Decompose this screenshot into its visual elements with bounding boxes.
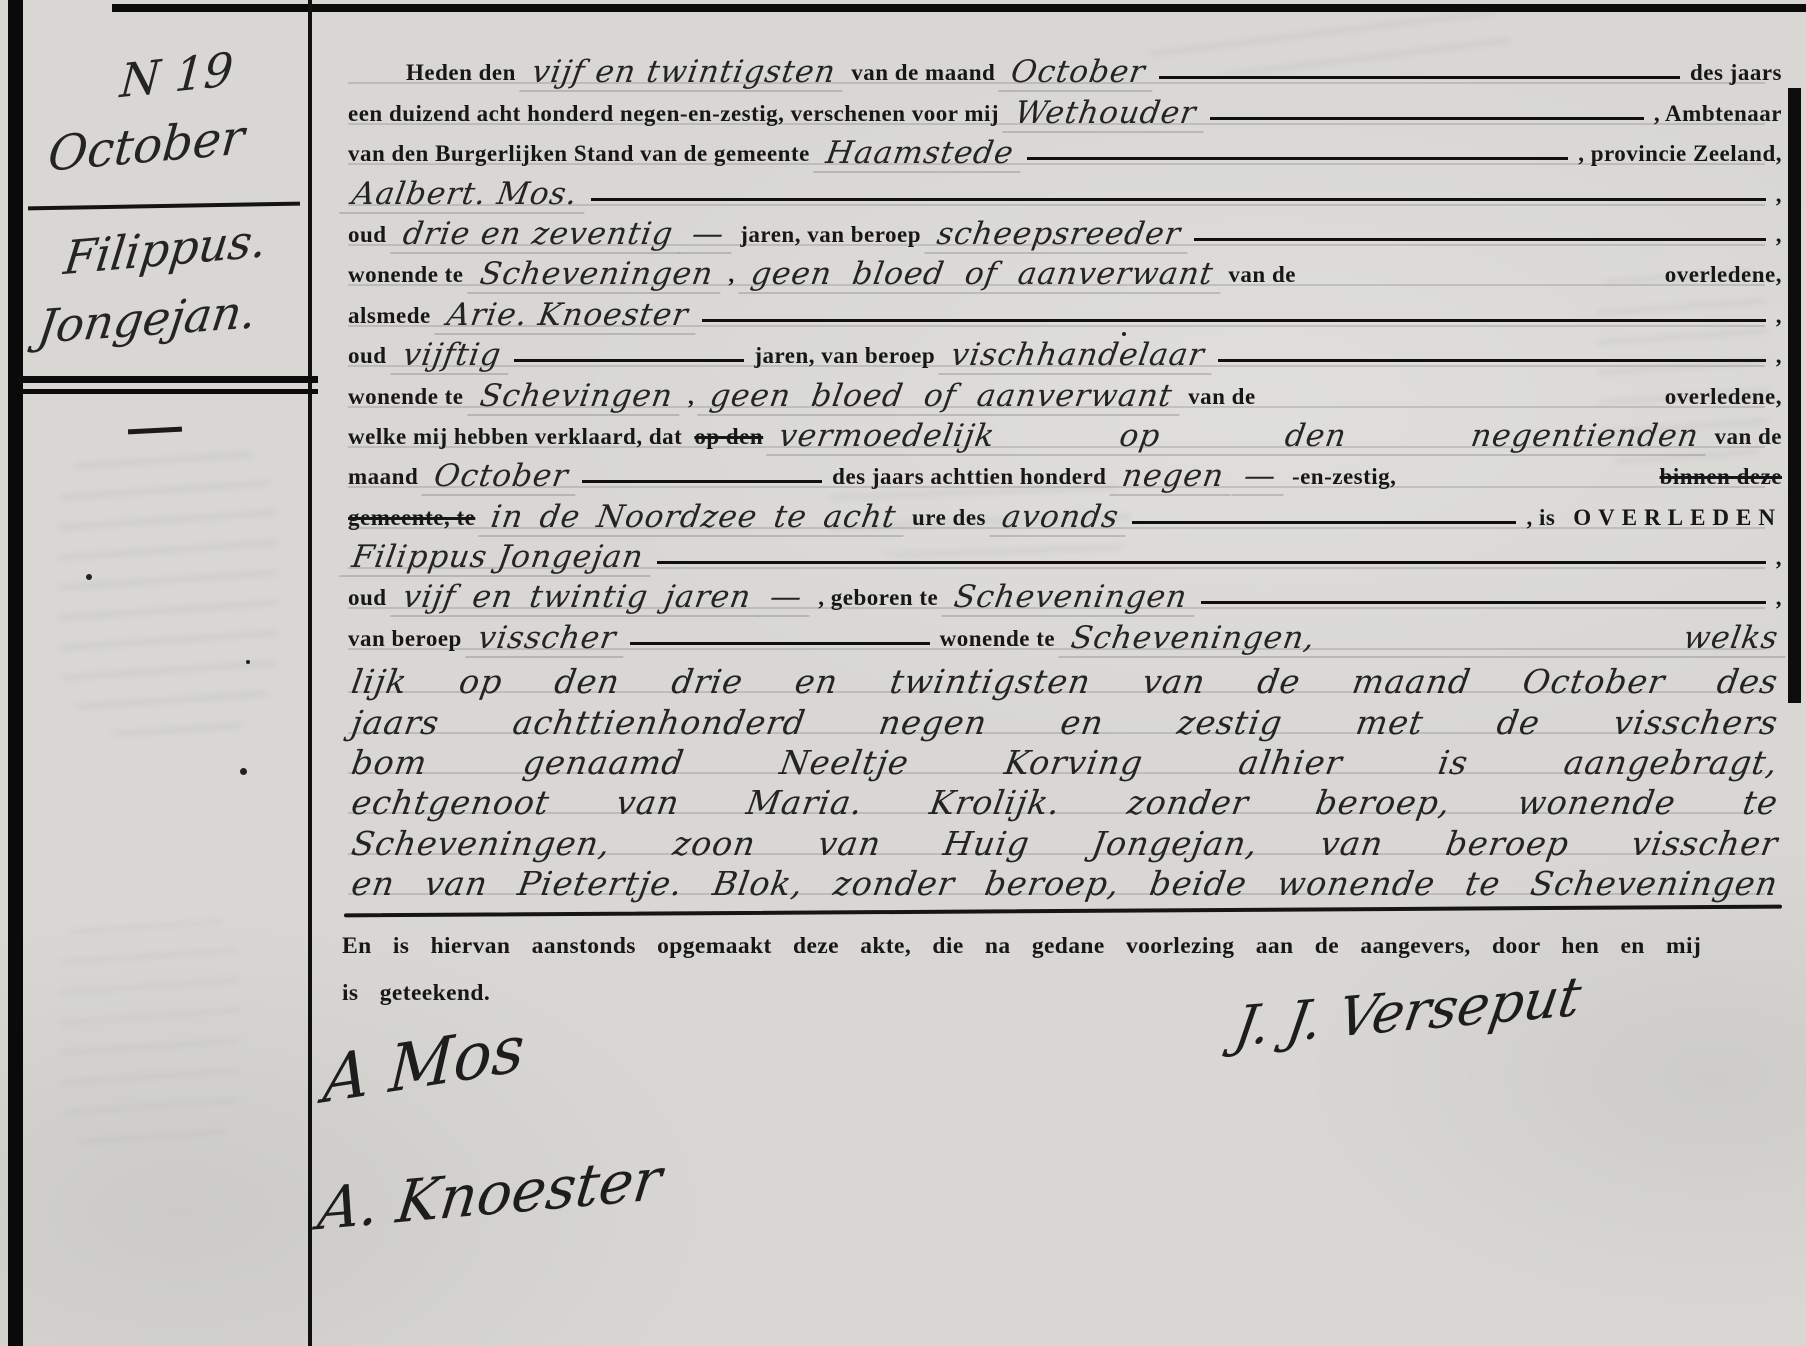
printed-text: , <box>1770 223 1788 254</box>
handwritten-entry: en van Pietertje. Blok, zonder beroep, b… <box>339 867 1790 900</box>
act-number: N 19 <box>118 42 235 109</box>
act-line-3: van den Burgerlijken Stand van de gemeen… <box>342 133 1788 173</box>
act-line-21: en van Pietertje. Blok, zonder beroep, b… <box>342 860 1788 900</box>
handwritten-entry: October <box>999 57 1158 92</box>
deceased-first-name: Filippus. <box>61 213 270 285</box>
printed-text: oud <box>342 344 393 375</box>
rule-line <box>591 198 1766 201</box>
printed-text: alsmede <box>342 304 437 335</box>
printed-text: des jaars achttien honderd <box>826 465 1112 496</box>
printed-text: van de <box>1222 263 1302 294</box>
margin-month: October <box>46 109 247 183</box>
handwritten-entry: Arie. Knoester <box>434 300 700 335</box>
act-line-18: bom genaamd Neeltje Korving alhier is aa… <box>342 739 1788 779</box>
handwritten-entry: bom genaamd Neeltje Korving alhier is aa… <box>339 746 1790 779</box>
act-line-20: Scheveningen, zoon van Huig Jongejan, va… <box>342 819 1788 859</box>
handwritten-entry: vijf en twintigsten <box>519 57 848 92</box>
handwritten-entry: jaars achttienhonderd negen en zestig me… <box>339 706 1790 739</box>
act-line-2: een duizend acht honderd negen-en-zestig… <box>342 92 1788 132</box>
handwritten-entry: vischhandelaar <box>938 340 1217 375</box>
printed-text: van de <box>1182 385 1262 416</box>
rule-line <box>1159 76 1680 79</box>
act-line-15: van beroepvisscherwonende teScheveningen… <box>342 617 1788 657</box>
act-text: Heden denvijf en twintigstenvan de maand… <box>342 52 1788 900</box>
act-line-13: Filippus Jongejan, <box>342 537 1788 577</box>
printed-text: OVERLEDEN <box>1567 506 1788 537</box>
printed-text: van den Burgerlijken Stand van de gemeen… <box>342 142 816 173</box>
printed-text: wonende te <box>342 263 470 294</box>
printed-text: -en-zestig, <box>1286 465 1403 496</box>
rule-line <box>657 561 1766 564</box>
handwritten-entry: vijf en twintig jaren <box>390 582 763 617</box>
act-line-12: gemeente, tein de Noordzee te achture de… <box>342 496 1788 536</box>
printed-text: van de maand <box>845 61 1001 92</box>
handwritten-entry: Scheveningen, welks <box>1058 623 1790 658</box>
rule-line <box>1132 521 1516 524</box>
act-line-4: Aalbert. Mos., <box>342 173 1788 213</box>
handwritten-entry: geen bloed of aanverwant <box>697 381 1184 416</box>
handwritten-entry: lijk op den drie en twintigsten van de m… <box>339 665 1790 698</box>
handdrawn-rule <box>344 905 1782 918</box>
act-line-1: Heden denvijf en twintigstenvan de maand… <box>342 52 1788 92</box>
printed-text: , <box>1770 586 1788 617</box>
handwritten-entry: avonds <box>989 502 1131 537</box>
printed-text: oud <box>342 586 393 617</box>
printed-text: jaren, van beroep <box>734 223 927 254</box>
handwritten-entry: — <box>1231 461 1289 496</box>
handwritten-entry: visscher <box>465 623 628 658</box>
printed-text: jaren, van beroep <box>748 344 941 375</box>
rule-line <box>582 480 822 483</box>
death-certificate-scan: N 19 October Filippus. Jongejan. Heden d… <box>0 0 1806 1346</box>
handwritten-entry: geen bloed of aanverwant <box>738 259 1225 294</box>
printed-text: overledene, <box>1659 385 1788 416</box>
handwritten-entry: Scheveningen <box>941 582 1199 617</box>
handwritten-entry: Haamstede <box>813 138 1026 173</box>
act-line-6: wonende teScheveningen,geen bloed of aan… <box>342 254 1788 294</box>
rule-line <box>1194 238 1765 241</box>
rule-line <box>702 319 1766 322</box>
margin-dash <box>128 427 182 435</box>
act-line-8: oudvijftigjaren, van beroepvischhandelaa… <box>342 335 1788 375</box>
printed-text: welke mij hebben verklaard, dat <box>342 425 688 456</box>
printed-text: wonende te <box>934 627 1062 658</box>
act-line-9: wonende teSchevingen,geen bloed of aanve… <box>342 375 1788 415</box>
printed-text: wonende te <box>342 385 470 416</box>
act-line-10: welke mij hebben verklaard, datop denver… <box>342 416 1788 456</box>
rule-line <box>1201 601 1766 604</box>
rule-line <box>514 359 744 362</box>
handwritten-entry: Schevingen <box>467 381 685 416</box>
act-line-16: lijk op den drie en twintigsten van de m… <box>342 658 1788 698</box>
printed-text: , is <box>1520 506 1561 537</box>
printed-text: , <box>1770 546 1788 577</box>
handwritten-entry: Aalbert. Mos. <box>339 179 590 214</box>
handwritten-entry: October <box>421 461 580 496</box>
printed-text: een duizend acht honderd negen-en-zestig… <box>342 102 1005 133</box>
act-line-17: jaars achttienhonderd negen en zestig me… <box>342 698 1788 738</box>
act-line-19: echtgenoot van Maria. Krolijk. zonder be… <box>342 779 1788 819</box>
handwritten-entry: in de Noordzee te acht <box>479 502 909 537</box>
handwritten-entry: Filippus Jongejan <box>339 542 656 577</box>
rule-line <box>630 642 930 645</box>
printed-text: maand <box>342 465 424 496</box>
handwritten-entry: vermoedelijk op den negentienden <box>766 421 1711 456</box>
closing-line-1: En is hiervan aanstonds opgemaakt deze a… <box>342 923 1788 970</box>
act-line-5: ouddrie en zeventig—jaren, van beroepsch… <box>342 214 1788 254</box>
printed-text: van beroep <box>342 627 468 658</box>
printed-text: , <box>1770 183 1788 214</box>
margin-divider-line <box>18 376 318 383</box>
margin-column: N 19 October Filippus. Jongejan. <box>24 0 308 1346</box>
handwritten-entry: negen <box>1110 461 1237 496</box>
rule-line <box>1210 117 1644 120</box>
margin-divider-line <box>18 389 318 394</box>
struck-out-text: binnen deze <box>1654 465 1788 496</box>
handwritten-entry: echtgenoot van Maria. Krolijk. zonder be… <box>339 786 1790 819</box>
act-body-column: Heden denvijf en twintigstenvan de maand… <box>312 0 1806 1346</box>
border-line-left <box>8 0 23 1346</box>
printed-text: oud <box>342 223 393 254</box>
act-line-7: alsmedeArie. Knoester, <box>342 294 1788 334</box>
printed-text: Heden den <box>400 61 522 92</box>
struck-out-text: gemeente, te <box>342 506 481 537</box>
handwritten-entry: scheepsreeder <box>924 219 1193 254</box>
handwritten-entry: — <box>679 219 737 254</box>
margin-rule-line <box>28 202 300 211</box>
printed-text: , <box>1770 304 1788 335</box>
rule-line <box>1218 359 1766 362</box>
handwritten-entry: Scheveningen <box>467 259 725 294</box>
printed-text: , provincie Zeeland, <box>1572 142 1788 173</box>
act-line-14: oudvijf en twintig jaren—, geboren teSch… <box>342 577 1788 617</box>
handwritten-entry: Scheveningen, zoon van Huig Jongejan, va… <box>339 827 1790 860</box>
printed-text: des jaars <box>1684 61 1788 92</box>
handwritten-entry: drie en zeventig <box>390 219 685 254</box>
handwritten-entry: Wethouder <box>1002 98 1208 133</box>
rule-line <box>1027 157 1568 160</box>
printed-text: ure des <box>906 506 992 537</box>
struck-out-text: op den <box>688 425 769 456</box>
deceased-last-name: Jongejan. <box>34 284 260 354</box>
printed-text: overledene, <box>1659 263 1788 294</box>
handwritten-entry: vijftig <box>390 340 513 375</box>
act-line-11: maandOctoberdes jaars achttien honderdne… <box>342 456 1788 496</box>
printed-text: , <box>1770 344 1788 375</box>
printed-text: , geboren te <box>812 586 944 617</box>
handwritten-entry: — <box>758 582 816 617</box>
printed-text: , Ambtenaar <box>1648 102 1788 133</box>
printed-text: van de <box>1708 425 1788 456</box>
